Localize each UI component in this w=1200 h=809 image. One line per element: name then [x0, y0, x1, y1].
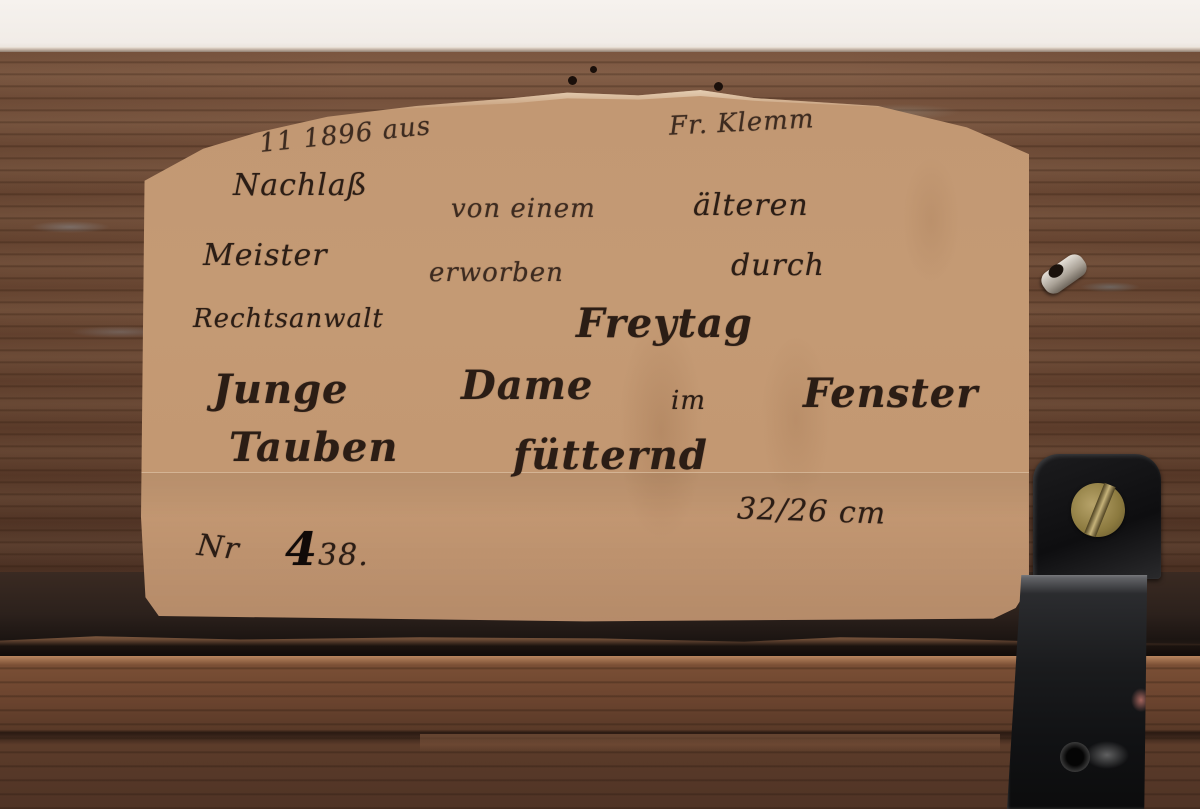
nail-hole	[568, 76, 577, 85]
label-word-durch: durch	[731, 248, 825, 283]
label-word-von-einem: von einem	[451, 194, 596, 224]
label-word-im: im	[671, 386, 706, 416]
label-word-freytag: Freytag	[576, 300, 753, 347]
label-word-fenster: Fenster	[803, 370, 978, 417]
label-dimensions: 32/26 cm	[736, 491, 886, 531]
label-word-meister: Meister	[203, 238, 328, 273]
label-word-erworben: erworben	[429, 258, 564, 288]
label-word-tauben: Tauben	[229, 424, 398, 471]
label-number-rest: 38.	[318, 538, 369, 573]
nail-hole	[714, 82, 723, 91]
label-number: 438.	[285, 522, 369, 576]
label-word-fuetternd: fütternd	[513, 432, 708, 479]
ink-blot: 4	[285, 522, 318, 576]
label-word-nachlass: Nachlaß	[233, 168, 368, 203]
label-word-junge: Junge	[213, 366, 349, 413]
wall-background	[0, 0, 1200, 50]
label-fold	[141, 472, 1029, 625]
label-word-dame: Dame	[461, 362, 593, 409]
label-line-source: Fr. Klemm	[668, 104, 815, 142]
label-word-aelteren: älteren	[693, 188, 809, 223]
hanging-clip-strap	[1007, 575, 1150, 809]
strap-hole	[1060, 742, 1090, 772]
nail-hole	[590, 66, 597, 73]
handwritten-paper-label: 11 1896 aus Fr. Klemm Nachlaß von einem …	[141, 90, 1029, 624]
label-word-rechtsanwalt: Rechtsanwalt	[193, 304, 384, 334]
label-number-prefix: Nr	[195, 528, 241, 567]
